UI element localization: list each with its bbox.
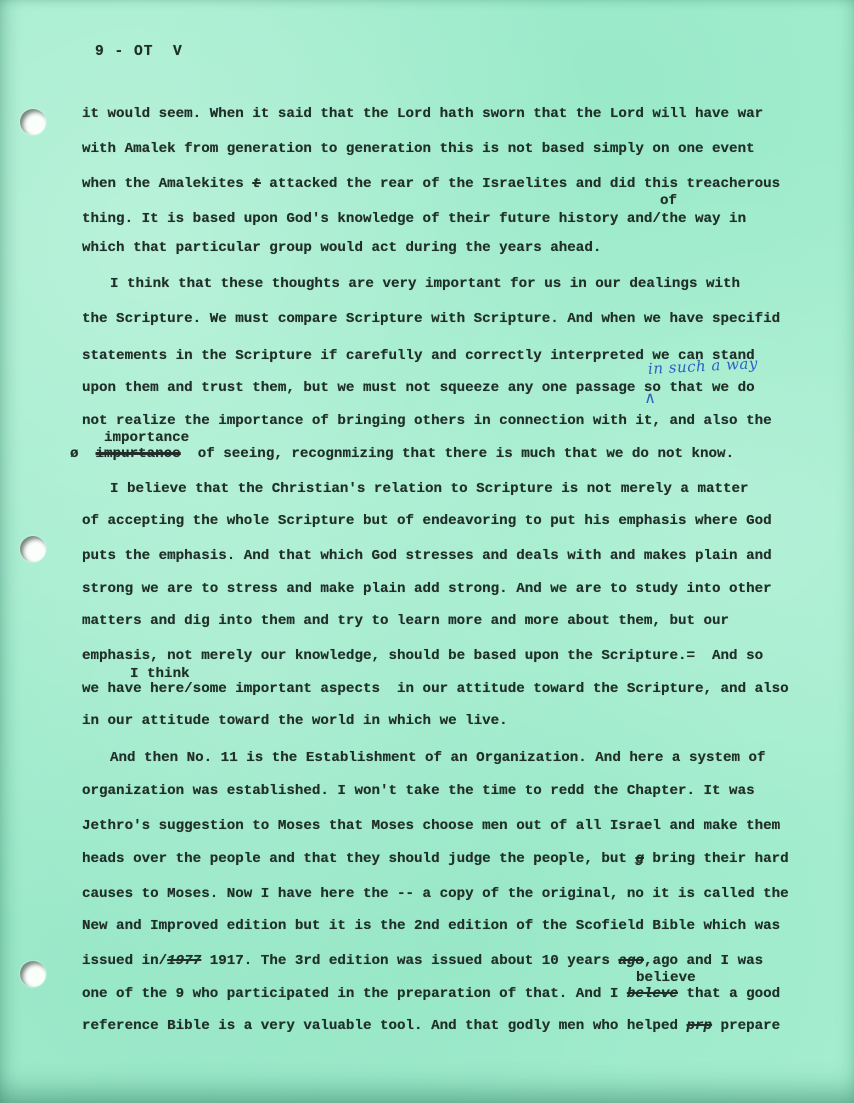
punch-hole	[20, 109, 46, 135]
typed-line: matters and dig into them and try to lea…	[82, 613, 729, 630]
typed-text: puts the emphasis. And that which God st…	[82, 548, 772, 564]
punch-hole	[20, 536, 46, 562]
typed-line: we have here/some important aspects in o…	[82, 681, 789, 698]
interlinear-insertion: of	[660, 193, 677, 210]
typed-line: when the Amalekites ŧ attacked the rear …	[82, 176, 780, 193]
typed-line: puts the emphasis. And that which God st…	[82, 548, 772, 565]
typed-text: of	[660, 193, 677, 209]
typed-line: the Scripture. We must compare Scripture…	[82, 311, 780, 328]
handwritten-annotation: ^	[646, 396, 654, 413]
typed-line: strong we are to stress and make plain a…	[82, 581, 772, 598]
typed-text: prepare	[712, 1018, 780, 1034]
typed-line: heads over the people and that they shou…	[82, 851, 789, 868]
page-header: 9 - OT V	[95, 44, 183, 60]
typed-text: organization was established. I won't ta…	[82, 783, 755, 799]
typed-line: ø impurtance of seeing, recognmizing tha…	[70, 446, 734, 463]
struck-out-text: beleve	[627, 986, 678, 1002]
punch-hole	[20, 961, 46, 987]
typed-text: which that particular group would act du…	[82, 240, 601, 256]
typed-text: importance	[104, 430, 189, 446]
struck-out-text: impurtance	[96, 446, 181, 462]
struck-out-text: ǥ	[635, 851, 644, 867]
typed-line: And then No. 11 is the Establishment of …	[110, 750, 766, 767]
typed-text: that a good	[678, 986, 780, 1002]
typed-line: in our attitude toward the world in whic…	[82, 713, 508, 730]
typed-text: one of the 9 who participated in the pre…	[82, 986, 627, 1002]
typed-text: strong we are to stress and make plain a…	[82, 581, 772, 597]
typed-text: causes to Moses. Now I have here the -- …	[82, 886, 789, 902]
typed-line: one of the 9 who participated in the pre…	[82, 986, 780, 1003]
handwritten-text: in such a way	[648, 355, 759, 378]
typed-text: emphasis, not merely our knowledge, shou…	[82, 648, 763, 664]
typed-line: reference Bible is a very valuable tool.…	[82, 1018, 780, 1035]
typed-text: attacked the rear of the Israelites and …	[261, 176, 780, 192]
typed-line: emphasis, not merely our knowledge, shou…	[82, 648, 763, 665]
typed-line: it would seem. When it said that the Lor…	[82, 106, 763, 123]
typed-text: issued in/	[82, 953, 167, 969]
typed-text: we have here/some important aspects in o…	[82, 681, 789, 697]
typed-line: not realize the importance of bringing o…	[82, 413, 772, 430]
typed-line: causes to Moses. Now I have here the -- …	[82, 886, 789, 903]
typed-line: which that particular group would act du…	[82, 240, 601, 257]
typed-line: organization was established. I won't ta…	[82, 783, 755, 800]
typed-line: I believe that the Christian's relation …	[110, 481, 749, 498]
document-page: 9 - OT V it would seem. When it said tha…	[0, 0, 854, 1103]
typed-text: matters and dig into them and try to lea…	[82, 613, 729, 629]
typed-text: I think that these thoughts are very imp…	[110, 276, 740, 292]
typed-line: issued in/1977 1917. The 3rd edition was…	[82, 953, 763, 970]
typed-text: bring their hard	[644, 851, 789, 867]
typed-text: in our attitude toward the world in whic…	[82, 713, 508, 729]
struck-out-text: prp	[687, 1018, 713, 1034]
typed-text: I think	[130, 666, 190, 682]
handwritten-annotation: in such a way	[648, 358, 758, 377]
typed-text: with Amalek from generation to generatio…	[82, 141, 755, 157]
typed-text: when the Amalekites	[82, 176, 252, 192]
struck-out-text: ŧ	[252, 176, 261, 192]
typed-text: New and Improved edition but it is the 2…	[82, 918, 780, 934]
struck-out-text: 1977	[167, 953, 201, 969]
interlinear-insertion: importance	[104, 430, 189, 447]
interlinear-insertion: believe	[636, 970, 696, 987]
typed-line: Jethro's suggestion to Moses that Moses …	[82, 818, 780, 835]
typed-text: reference Bible is a very valuable tool.…	[82, 1018, 687, 1034]
typed-line: with Amalek from generation to generatio…	[82, 141, 755, 158]
typed-text: ,ago and I was	[644, 953, 763, 969]
typed-text: And then No. 11 is the Establishment of …	[110, 750, 766, 766]
typed-text: heads over the people and that they shou…	[82, 851, 635, 867]
typed-text: believe	[636, 970, 696, 986]
typed-text: 1917. The 3rd edition was issued about 1…	[201, 953, 618, 969]
typed-text: of seeing, recognmizing that there is mu…	[181, 446, 734, 462]
typed-text: the Scripture. We must compare Scripture…	[82, 311, 780, 327]
struck-out-text: ago	[618, 953, 644, 969]
typed-text: not realize the importance of bringing o…	[82, 413, 772, 429]
typed-text: ø	[70, 446, 96, 462]
typed-line: of accepting the whole Scripture but of …	[82, 513, 772, 530]
typed-text: I believe that the Christian's relation …	[110, 481, 749, 497]
typed-text: Jethro's suggestion to Moses that Moses …	[82, 818, 780, 834]
typed-text: it would seem. When it said that the Lor…	[82, 106, 763, 122]
typed-line: New and Improved edition but it is the 2…	[82, 918, 780, 935]
typed-text: thing. It is based upon God's knowledge …	[82, 211, 746, 227]
typed-text: of accepting the whole Scripture but of …	[82, 513, 772, 529]
typed-line: I think that these thoughts are very imp…	[110, 276, 740, 293]
typed-line: thing. It is based upon God's knowledge …	[82, 211, 746, 228]
